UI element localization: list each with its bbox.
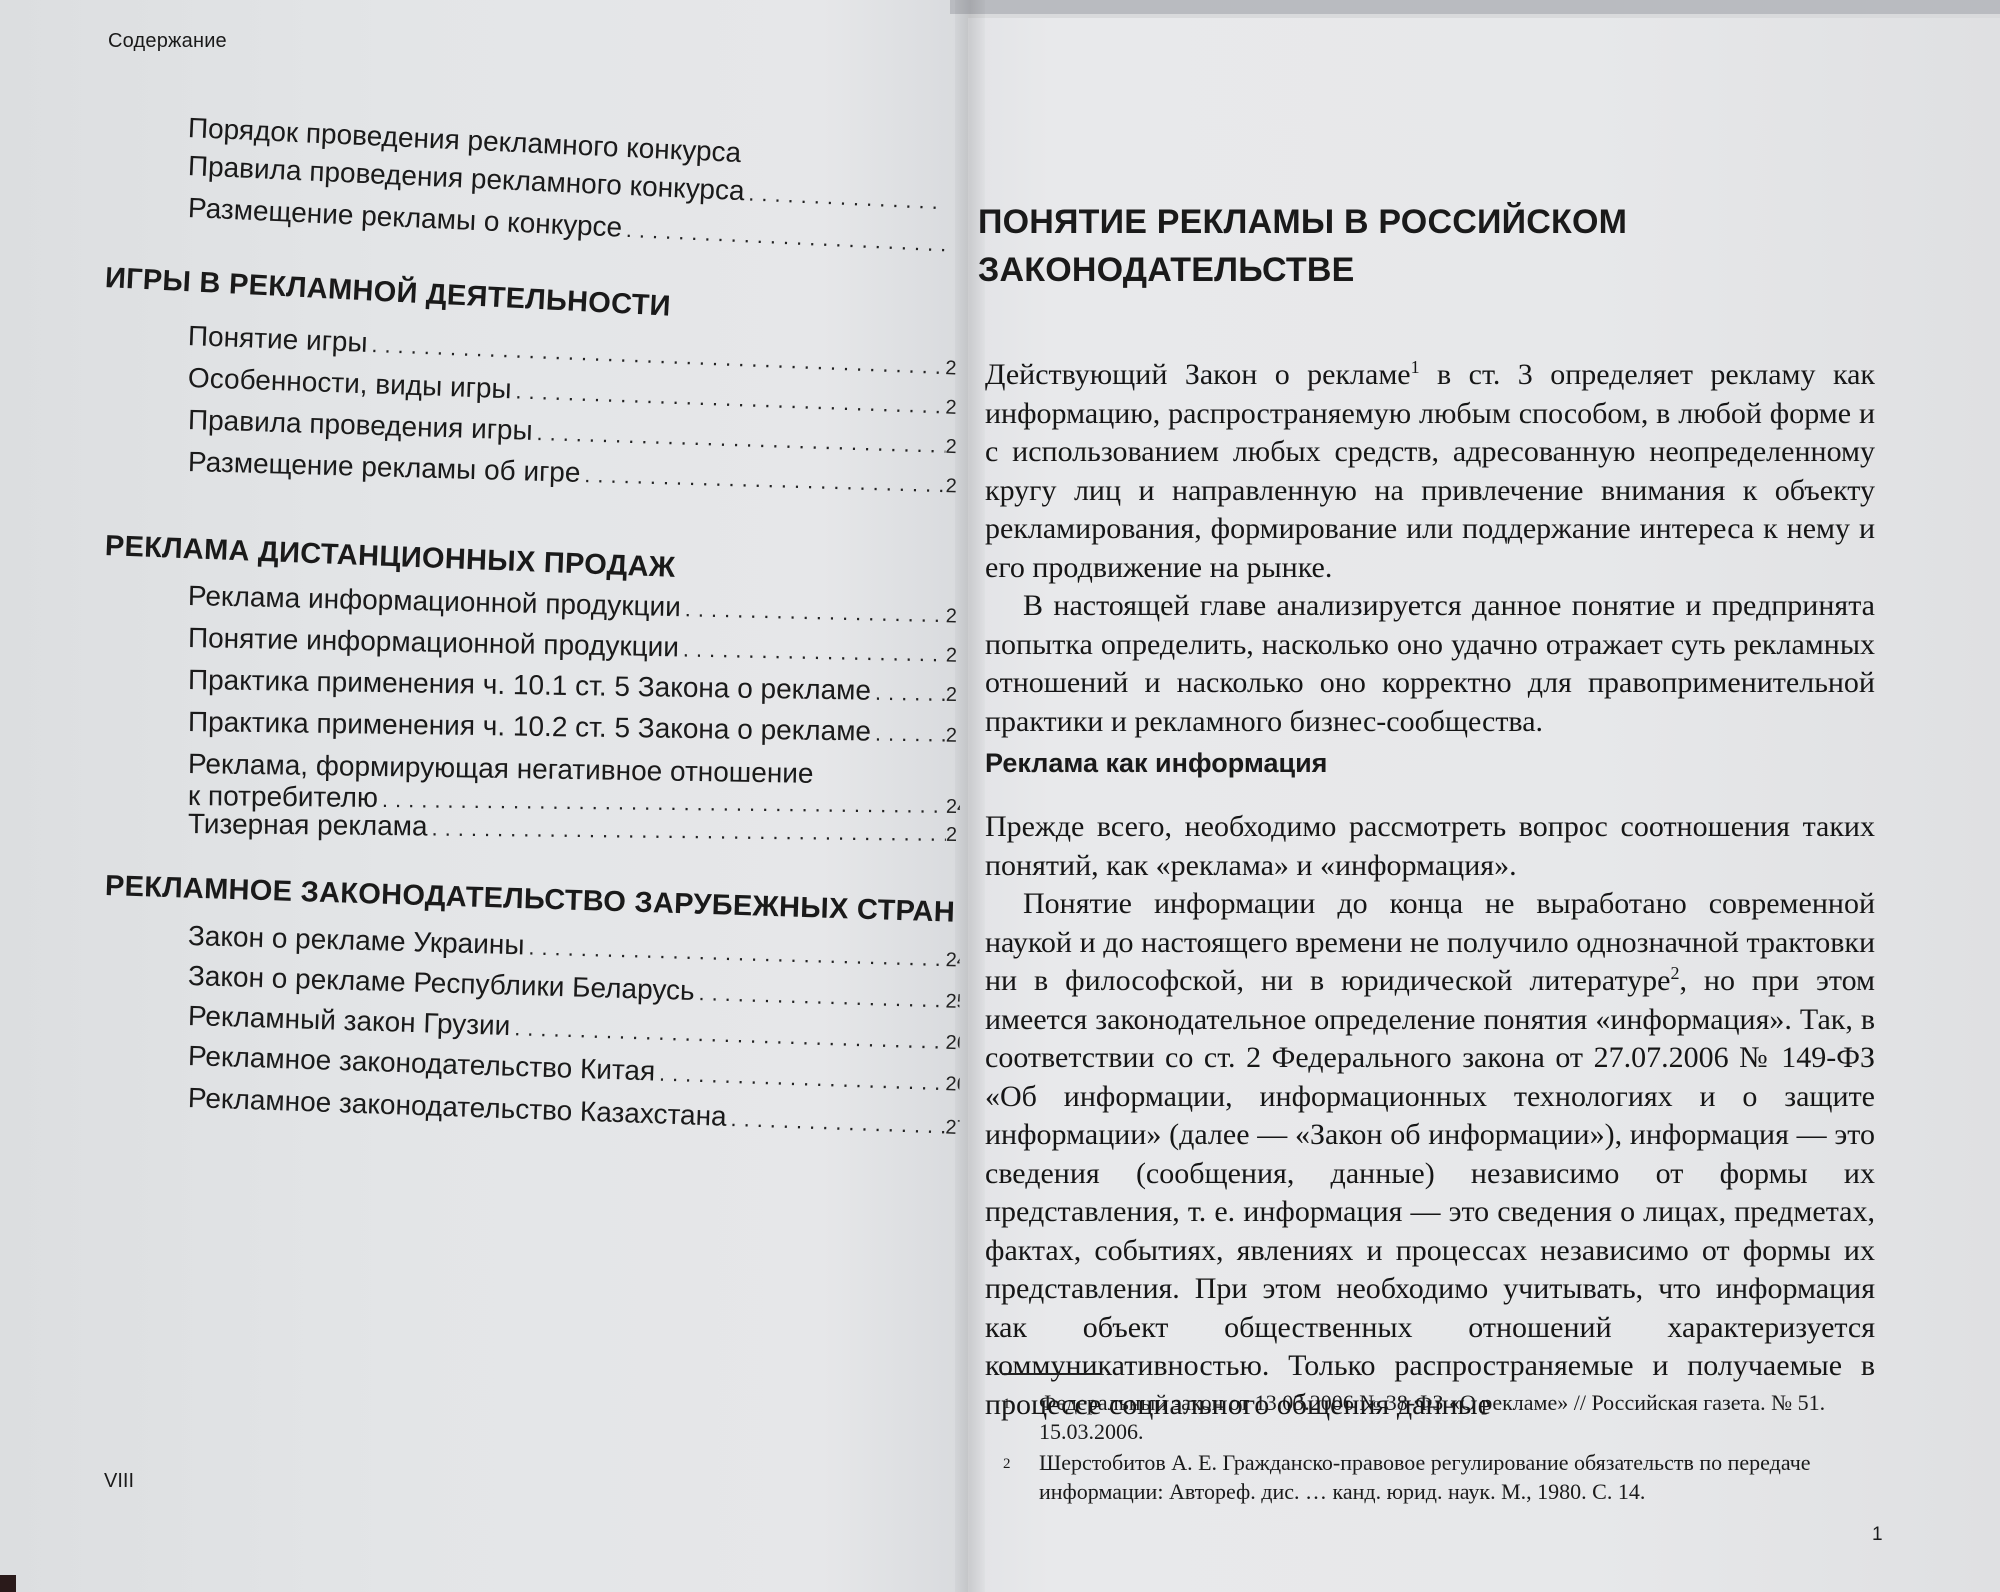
toc-label: Практика применения ч. 10.1 ст. 5 Закона… (188, 664, 871, 707)
background-edge (950, 0, 2000, 14)
footnote-ref[interactable]: 1 (1411, 357, 1420, 377)
toc-leader-dots: ........................................… (685, 596, 947, 628)
footnotes: 1 Федеральный закон от 13.03.2006 № 38-Ф… (1003, 1388, 1883, 1508)
toc-label: Особенности, виды игры (187, 362, 512, 405)
toc-leader-dots: ........................................… (625, 217, 945, 257)
toc-label: Размещение рекламы об игре (188, 446, 581, 489)
section-text: Прежде всего, необходимо рассмотреть воп… (985, 808, 1875, 1424)
page-number-right: 1 (1872, 1524, 1883, 1546)
page-number-left: VIII (104, 1470, 134, 1493)
toc-page-number: 2 (946, 684, 960, 707)
toc-label: Понятие информационной продукции (188, 622, 680, 663)
toc-leader-dots: ........................................… (584, 462, 946, 498)
toc-leader-dots: ........................................… (683, 637, 946, 668)
toc-label: Практика применения ч. 10.2 ст. 5 Закона… (188, 706, 871, 748)
toc-page-number (945, 251, 959, 252)
toc-page-number: 2 (945, 605, 960, 628)
toc-label: Понятие игры (187, 320, 368, 359)
toc-leader-dots: ........................................… (528, 935, 946, 973)
toc-page-number: 2 (945, 475, 960, 498)
toc-label: Тизерная реклама (188, 808, 428, 843)
toc-entry[interactable]: Практика применения ч. 10.2 ст. 5 Закона… (188, 706, 960, 749)
chapter-title: ПОНЯТИЕ РЕКЛАМЫ В РОССИЙСКОМ ЗАКОНОДАТЕЛ… (978, 198, 1627, 294)
toc-leader-dots: ........................................… (659, 1061, 946, 1096)
toc-label: Размещение рекламы о конкурсе (187, 192, 623, 244)
toc-entry[interactable]: Тизерная реклама........................… (188, 808, 960, 848)
section-title: Реклама как информация (985, 748, 1327, 779)
toc-label: ИГРЫ В РЕКЛАМНОЙ ДЕЯТЕЛЬНОСТИ (104, 262, 671, 324)
toc-page-number: 26 (945, 1032, 960, 1055)
toc-label: Закон о рекламе Украины (188, 920, 525, 961)
toc-leader-dots: ........................................… (730, 1106, 946, 1139)
table-of-contents: Порядок проведения рекламного конкурсаПр… (0, 0, 960, 1592)
paragraph: Прежде всего, необходимо рассмотреть воп… (985, 808, 1875, 885)
toc-entry[interactable]: Практика применения ч. 10.1 ст. 5 Закона… (188, 664, 960, 708)
toc-page-number: 2 (946, 725, 960, 748)
toc-leader-dots: ........................................… (875, 680, 946, 707)
toc-page-number: 2 (945, 357, 960, 381)
footnote: 1 Федеральный закон от 13.03.2006 № 38-Ф… (1003, 1388, 1883, 1446)
toc-leader-dots: ........................................… (698, 980, 946, 1013)
toc-leader-dots: ........................................… (515, 378, 946, 419)
paragraph: В настоящей главе анализируется данное п… (985, 587, 1875, 741)
chapter-title-line-1: ПОНЯТИЕ РЕКЛАМЫ В РОССИЙСКОМ (978, 198, 1627, 246)
toc-page-number: 2 (945, 436, 960, 459)
toc-leader-dots: ........................................… (748, 180, 946, 215)
toc-page-number: 24 (945, 949, 960, 972)
toc-label: РЕКЛАМА ДИСТАНЦИОННЫХ ПРОДАЖ (104, 530, 676, 585)
toc-page-number: 2 (946, 824, 960, 847)
footnote-divider (1002, 1373, 1102, 1375)
paragraph: Понятие информации до конца не выработан… (985, 885, 1875, 1424)
toc-label: Правила проведения игры (187, 404, 533, 447)
toc-leader-dots: ........................................… (536, 420, 946, 459)
toc-page-number: 2 (946, 645, 960, 668)
footnote: 2 Шерстобитов А. Е. Гражданско-правовое … (1003, 1448, 1883, 1506)
intro-text: Действующий Закон о рекламе1 в ст. 3 опр… (985, 356, 1875, 741)
toc-label: Рекламный закон Грузии (187, 1000, 510, 1042)
toc-page-number (945, 209, 959, 210)
toc-leader-dots: ........................................… (875, 721, 946, 748)
chapter-title-line-2: ЗАКОНОДАТЕЛЬСТВЕ (978, 246, 1627, 294)
toc-page-number: 25 (945, 990, 960, 1013)
toc-page-number: 26 (945, 1073, 960, 1096)
toc-page-number: 2 (945, 396, 960, 419)
toc-page-number: 27 (945, 1116, 960, 1139)
toc-label: Рекламное законодательство Китая (187, 1040, 655, 1087)
toc-label: Реклама информационной продукции (188, 580, 682, 623)
toc-leader-dots: ........................................… (514, 1015, 946, 1055)
toc-label: Рекламное законодательство Казахстана (187, 1082, 727, 1133)
toc-label: Закон о рекламе Республики Беларусь (188, 960, 696, 1007)
toc-leader-dots: ........................................… (431, 816, 946, 847)
paragraph: Действующий Закон о рекламе1 в ст. 3 опр… (985, 356, 1875, 587)
toc-entry[interactable]: Понятие информационной продукции........… (188, 622, 960, 669)
